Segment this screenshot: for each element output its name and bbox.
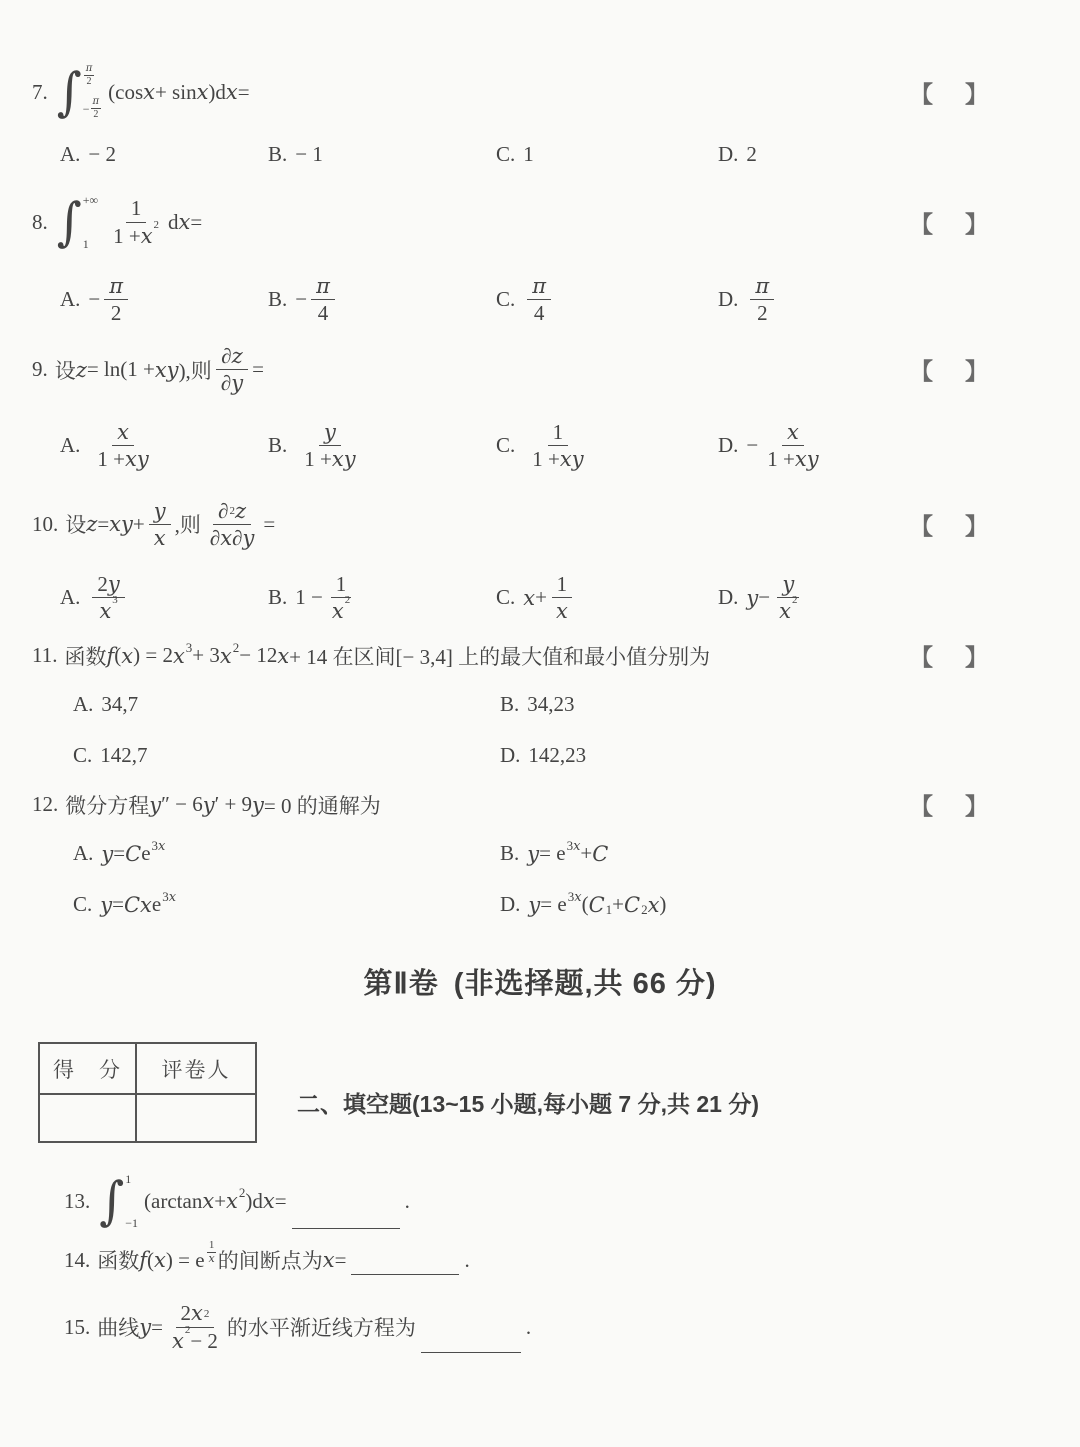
math-text: . [405,1189,410,1214]
denominator: x3 [94,598,122,623]
math-var: f [139,1248,147,1272]
answer-blank [292,1206,400,1229]
math-text: = 0 的通解为 [264,790,381,820]
option-D: D.y = e3x(C1 + C2x) [500,892,1080,917]
math-var: x [209,1253,215,1266]
multiple-choice-section: 7.∫π2−π2(cosx + sinx)dx =【】A.− 2B.− 1C.1… [0,0,1080,917]
fraction: x1 + xy [762,420,823,471]
bracket-open: 【 [910,353,933,386]
fraction: π2 [750,274,774,325]
bracket-open: 【 [910,508,933,541]
math-var: x [172,1329,184,1353]
option-label: D. [500,743,520,768]
option-label: C. [73,743,92,768]
numerator: π [84,64,95,76]
math-text: 1 − [295,585,323,610]
denominator: 2 [91,109,100,120]
question-stem-row: 8.∫+∞111 + x2dx =【】 [0,194,1080,250]
fraction: π4 [527,274,551,325]
numerator: ∂z [216,344,247,370]
math-var: π [109,274,123,298]
math-text: ) = 2 [133,643,173,668]
option-A: A.34,7 [73,692,500,717]
math-text: e [152,892,161,917]
math-text: ″ − 6 [161,792,203,817]
math-var: x [117,420,129,444]
math-text: − 12 [239,643,277,668]
grader-blank-cell [136,1094,256,1142]
superscript: 3x [162,889,176,905]
answer-brackets: 【】 [910,508,988,541]
integral-sign: ∫ [57,196,82,248]
options-row: A.y = Ce3xB.y = e3x + CC.y = Cxe3xD.y = … [0,841,1080,917]
math-text: )d [208,80,226,105]
score-header-cell: 得 分 [39,1043,136,1094]
math-var: y [252,793,264,817]
option-label: C. [496,585,515,610]
fraction: 2x2x2 − 2 [167,1301,223,1352]
math-text: = [113,841,125,866]
superscript: 2 [792,594,798,607]
math-var: x [323,1248,335,1272]
superscript: 2 [204,1308,210,1321]
math-text: + [214,1189,226,1214]
math-var: x [141,224,153,248]
question-number: 14. [64,1248,90,1273]
question-stem-row: 11.函数 f(x) = 2x3 + 3x2 − 12x + 14 在区间[− … [0,639,1080,672]
math-text: ∂ [221,371,231,395]
math-text: + [535,585,547,610]
math-text: −1 [125,1217,138,1229]
math-text: ∂ [218,499,228,523]
subscript: 2 [641,902,648,918]
math-text: − [88,287,100,312]
options-row: A.− π2B.− π4C.π4D.π2 [0,274,1080,325]
question-stem-row: 10.设 z = xy + yx,则∂2z∂x∂y =【】 [0,499,1080,550]
math-var: y [231,371,243,395]
math-text: 2 [87,77,92,87]
question-8: 8.∫+∞111 + x2dx =【】A.− π2B.− π4C.π4D.π2 [0,194,1080,325]
math-text: = [151,1315,163,1340]
math-text: = ln(1 + [87,357,155,382]
option-label: C. [496,142,515,167]
fraction: π2 [91,97,102,120]
option-label: A. [73,692,93,717]
math-text: 1 [209,1239,215,1252]
math-text: 4 [534,301,545,325]
math-var: y [203,793,215,817]
math-text: − 1 [295,142,323,167]
math-var: x [220,526,232,550]
superscript: 2 [239,1185,246,1201]
math-text: 微分方程 [65,790,149,820]
math-var: π [755,274,769,298]
math-var: y [154,499,166,523]
fraction: 11 + xy [527,420,588,471]
math-var: z [232,344,243,368]
numerator: π [311,274,335,300]
math-text: ),则 [179,355,212,385]
fraction: 1x2 [327,572,355,623]
bracket-close: 】 [965,639,988,672]
math-var: y [101,842,113,866]
numerator: y [319,420,341,446]
denominator: 4 [529,300,550,325]
question-10: 10.设 z = xy + yx,则∂2z∂x∂y =【】A.2yx3B.1 −… [0,499,1080,624]
options-row: A.2yx3B.1 − 1x2C.x + 1xD.y − yx2 [0,572,1080,623]
bracket-open: 【 [910,639,933,672]
option-label: D. [718,287,738,312]
math-var: x [573,839,580,854]
option-C: C.y = Cxe3x [73,892,500,917]
math-text: = [263,512,275,537]
option-label: B. [500,841,519,866]
option-label: A. [60,142,80,167]
integral-limits: 1−1 [125,1173,138,1229]
numerator: π [750,274,774,300]
math-var: x [779,599,791,623]
denominator: ∂y [216,370,248,395]
math-text: 的间断点为 [218,1245,323,1275]
denominator: 1 + xy [527,446,588,471]
numerator: 2y [92,572,124,598]
denominator: x [149,525,171,550]
superscript: 2 [230,505,236,518]
math-text: + 3 [192,643,220,668]
fraction: ∂2z∂x∂y [205,499,260,550]
math-text: ∂ [232,526,242,550]
math-var: xy [560,447,584,471]
math-text: = [275,1189,287,1214]
denominator: x2 − 2 [167,1328,223,1353]
question-7: 7.∫π2−π2(cosx + sinx)dx =【】A.− 2B.− 1C.1… [0,64,1080,167]
question-stem-row: 14.函数 f(x) = e1x 的间断点为 x = . [32,1245,1080,1275]
integral-upper-limit: +∞ [83,194,98,206]
math-text: 1 [557,572,568,596]
option-C: C.π4 [496,274,718,325]
superscript: 2 [345,594,351,607]
math-text: = e [539,841,565,866]
math-text: 1 + [532,447,560,471]
options-row: A.x1 + xyB.y1 + xyC.11 + xyD.− x1 + xy [0,420,1080,471]
option-C: C.142,7 [73,743,500,768]
answer-blank [351,1252,459,1275]
fraction: x1 + xy [92,420,153,471]
option-D: D.2 [718,142,1080,167]
math-text: e [141,841,150,866]
math-text: = [112,892,124,917]
math-var: x [523,586,535,610]
denominator: 1 + xy [299,446,360,471]
math-text: 设 [55,355,76,385]
math-text: ( [582,892,589,917]
denominator: 2 [85,76,94,87]
subscript: 1 [606,902,613,918]
math-var: xy [332,447,356,471]
question-13: 13.∫1−1(arctanx + x2)dx = . [0,1173,1080,1229]
integral-sign: ∫ [99,1175,124,1227]
numerator: π [91,97,102,109]
question-stem: 14.函数 f(x) = e1x 的间断点为 x = . [64,1245,1080,1275]
question-number: 12. [32,792,58,817]
question-stem: 11.函数 f(x) = 2x3 + 3x2 − 12x + 14 在区间[− … [32,641,910,671]
math-text: + [580,841,592,866]
question-stem-row: 13.∫1−1(arctanx + x2)dx = . [32,1173,1080,1229]
math-var: C [589,893,605,917]
math-text: 142,7 [100,743,147,768]
fraction: 11 + x2 [108,196,164,247]
math-var: y [782,572,794,596]
question-number: 10. [32,512,58,537]
math-text: − [295,287,307,312]
option-A: A.x1 + xy [60,420,268,471]
integral-lower-limit: −1 [125,1217,138,1229]
bracket-open: 【 [910,206,933,239]
math-var: x [143,80,155,104]
option-label: D. [718,433,738,458]
integral: ∫π2−π2 [57,64,102,120]
option-label: A. [60,287,80,312]
math-text: − 2 [190,1329,218,1353]
math-var: y [100,893,112,917]
score-table: 得 分 评卷人 [38,1042,257,1143]
math-text: ∂ [221,344,231,368]
superscript: 1x [206,1239,218,1265]
question-number: 11. [32,643,57,668]
math-text: + sin [155,80,197,105]
math-text: (cos [108,80,143,105]
math-var: y [108,572,120,596]
superscript: 2 [154,219,160,232]
denominator: 1 + xy [92,446,153,471]
superscript: 3x [568,889,582,905]
integral-limits: +∞1 [83,194,98,250]
denominator: x [207,1253,217,1266]
answer-blank [421,1330,521,1353]
math-text: 1 [523,142,534,167]
integral: ∫1−1 [99,1173,138,1229]
math-var: z [86,512,97,536]
math-text: ( [114,643,121,668]
math-var: C [592,842,608,866]
fraction: π2 [84,64,95,87]
question-stem-row: 9.设 z = ln(1 + xy),则∂z∂y =【】 [0,344,1080,395]
integral: ∫+∞1 [57,194,98,250]
option-B: B.y1 + xy [268,420,496,471]
math-text: − [746,433,758,458]
option-label: C. [73,892,92,917]
question-number: 9. [32,357,48,382]
math-text: 1 + [113,224,141,248]
question-stem: 10.设 z = xy + yx,则∂2z∂x∂y = [32,499,910,550]
option-label: C. [496,433,515,458]
math-text: 1 [131,196,142,220]
question-number: 8. [32,210,48,235]
question-14: 14.函数 f(x) = e1x 的间断点为 x = . [0,1245,1080,1275]
option-label: D. [500,892,520,917]
math-text: + 14 在区间[− 3,4] 上的最大值和最小值分别为 [289,641,710,671]
grader-header-cell: 评卷人 [136,1043,256,1094]
answer-brackets: 【】 [910,206,988,239]
section-2-header: 第Ⅱ卷 (非选择题,共 66 分) [0,961,1080,1002]
numerator: 2x2 [176,1301,215,1327]
bracket-close: 】 [965,788,988,821]
question-9: 9.设 z = ln(1 + xy),则∂z∂y =【】A.x1 + xyB.y… [0,344,1080,471]
math-text: + [612,892,624,917]
numerator: π [104,274,128,300]
math-var: x [226,80,238,104]
math-text: 函数 [97,1245,139,1275]
math-text: 设 [65,509,86,539]
math-var: C [624,893,640,917]
math-text: = [97,512,109,537]
math-var: x [179,210,191,234]
superscript: 2 [185,1324,191,1337]
math-var: y [527,842,539,866]
denominator: 2 [752,300,773,325]
score-table-blank-row [39,1094,256,1142]
math-text: 的水平渐近线方程为 [227,1312,416,1342]
fraction: 1x [551,572,573,623]
question-15: 15.曲线 y = 2x2x2 − 2 的水平渐近线方程为. [0,1301,1080,1352]
denominator: x [551,598,573,623]
math-var: x [154,526,166,550]
math-var: π [86,64,93,74]
math-text: 1 [125,1173,131,1185]
math-text: ) [659,892,666,917]
numerator: 1 [126,196,147,222]
superscript: 3 [186,640,193,656]
math-var: y [242,526,254,550]
superscript: 3x [152,838,166,854]
math-var: y [324,420,336,444]
question-stem: 8.∫+∞111 + x2dx = [32,194,910,250]
superscript: 2 [233,640,240,656]
option-A: A.2yx3 [60,572,268,623]
math-text: − [83,103,90,115]
math-var: x [648,893,660,917]
math-text: 2 [746,142,757,167]
options-row: A.− 2B.− 1C.1D.2 [0,142,1080,167]
question-11: 11.函数 f(x) = 2x3 + 3x2 − 12x + 14 在区间[− … [0,639,1080,768]
bracket-close: 】 [965,353,988,386]
math-var: x [556,599,568,623]
option-label: B. [268,287,287,312]
numerator: ∂2z [213,499,251,525]
option-label: A. [73,841,93,866]
math-var: xy [109,512,133,536]
math-var: x [263,1189,275,1213]
fraction: yx [149,499,171,550]
math-var: x [197,80,209,104]
math-var: x [121,644,133,668]
math-var: Cx [124,893,152,917]
answer-brackets: 【】 [910,788,988,821]
math-text: 函数 [64,641,106,671]
math-text: = e [540,892,566,917]
option-C: C.x + 1x [496,572,718,623]
fraction: π4 [311,274,335,325]
math-var: y [149,793,161,817]
question-stem-row: 7.∫π2−π2(cosx + sinx)dx =【】 [0,64,1080,120]
integral-upper-limit: π2 [83,64,102,87]
math-var: x [173,644,185,668]
math-var: x [220,644,232,668]
math-text: = [238,80,250,105]
math-text: ′ + 9 [215,792,252,817]
math-text: d [168,210,179,235]
integral-sign: ∫ [57,66,82,118]
math-text: )d [245,1189,263,1214]
math-var: x [277,644,289,668]
math-var: x [99,599,111,623]
score-row: 得 分 评卷人 二、填空题(13~15 小题,每小题 7 分,共 21 分) [38,1042,1080,1143]
math-var: xy [125,447,149,471]
math-var: z [76,358,87,382]
math-var: π [93,97,100,107]
denominator: x2 [327,598,355,623]
option-B: B.y = e3x + C [500,841,1080,866]
math-var: f [106,644,114,668]
numerator: 1 [552,572,573,598]
option-C: C.1 [496,142,718,167]
math-text: 1 [553,420,564,444]
math-text: ) = e [166,1248,205,1273]
integral-lower-limit: 1 [83,238,98,250]
fraction: y1 + xy [299,420,360,471]
math-text: 2 [93,110,98,120]
option-D: D.π2 [718,274,1080,325]
math-var: z [235,499,246,523]
math-text: +∞ [83,194,98,206]
section-2-subtitle: (非选择题,共 66 分) [454,968,717,1000]
option-label: C. [496,287,515,312]
math-var: x [226,1189,238,1213]
options-row: A.34,7B.34,23C.142,7D.142,23 [0,692,1080,768]
answer-brackets: 【】 [910,76,988,109]
integral-lower-limit: −π2 [83,97,102,120]
math-var: y [139,1315,151,1339]
math-text: = [335,1248,347,1273]
bracket-close: 】 [965,508,988,541]
option-A: A.y = Ce3x [73,841,500,866]
question-number: 7. [32,80,48,105]
integral-upper-limit: 1 [125,1173,138,1185]
bracket-open: 【 [910,788,933,821]
math-var: π [532,274,546,298]
math-var: x [169,890,176,905]
math-var: π [316,274,330,298]
option-B: B.− 1 [268,142,496,167]
math-text: ,则 [175,509,201,539]
numerator: 1 [548,420,569,446]
option-D: D.142,23 [500,743,1080,768]
math-text: 1 + [767,447,795,471]
question-stem: 15.曲线 y = 2x2x2 − 2 的水平渐近线方程为. [64,1301,1080,1352]
fraction: π2 [104,274,128,325]
option-label: D. [718,142,738,167]
math-text: 1 [336,572,347,596]
math-var: x [574,890,581,905]
bracket-open: 【 [910,76,933,109]
math-var: x [787,420,799,444]
option-label: B. [268,433,287,458]
denominator: 1 + xy [762,446,823,471]
math-text: 1 [83,238,89,250]
math-text: 曲线 [97,1312,139,1342]
exam-page: 7.∫π2−π2(cosx + sinx)dx =【】A.− 2B.− 1C.1… [0,0,1080,1447]
math-var: x [191,1301,203,1325]
